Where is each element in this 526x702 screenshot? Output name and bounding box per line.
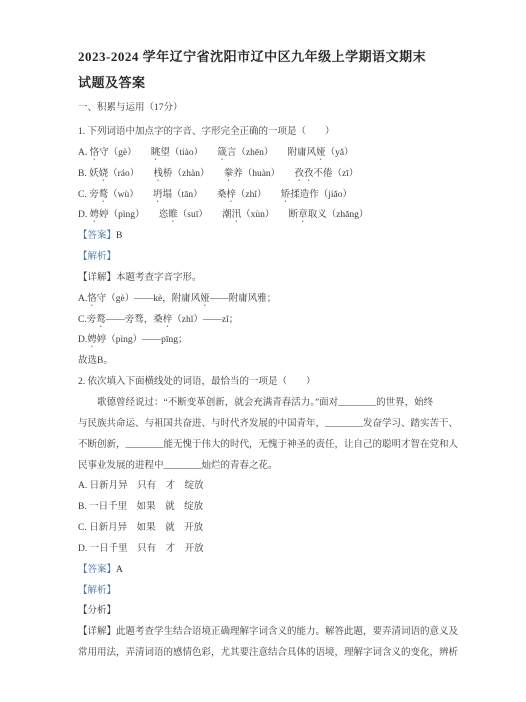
q2-passage-line-1: 歌德曾经说过：“不断变革创新，就会充满青春活力。”面对________的世界，始… — [78, 393, 452, 414]
q1-analysis-label: 【解析】 — [78, 252, 116, 262]
emphasis-dot-char: 恪 — [90, 148, 100, 158]
q2-analysis-label: 【解析】 — [78, 586, 116, 596]
emphasis-dot-char: 汛 — [232, 210, 242, 220]
q2-detail-line-1: 【详解】此题考查学生结合语境正确理解字词含义的能力。解答此题，要弄清词语的意义及 — [78, 622, 452, 643]
q1-detail-a: A.恪守（gè）——kè，附庸风娅——附庸风雅； — [78, 289, 452, 310]
q1-answer-value: B — [116, 231, 122, 241]
q1-option-d: D. 娉婷（pìng） 恣睢（suī） 潮汛（xùn） 断章取义（zhāng） — [78, 205, 452, 226]
q2-sub-label-line: 【分析】 — [78, 601, 452, 622]
emphasis-dot-char: 梓 — [163, 315, 173, 325]
emphasis-dot-char: 栈 — [154, 169, 164, 179]
emphasis-dot-char: 章 — [298, 210, 308, 220]
q2-answer-value: A — [116, 565, 123, 575]
emphasis-dot-char: 恪 — [87, 294, 97, 304]
emphasis-dot-char: 孜 — [304, 169, 314, 179]
section-heading: 一、积累与运用（17分） — [78, 100, 452, 116]
exam-document-page: 2023-2024 学年辽宁省沈阳市辽中区九年级上学期语文期末 试题及答案 一、… — [0, 0, 526, 702]
emphasis-dot-char: 矫 — [281, 190, 291, 200]
q1-detail-c: C.旁鹜——旁骛，桑梓（zhǐ）——zǐ； — [78, 310, 452, 331]
emphasis-dot-char: 娆 — [99, 169, 109, 179]
emphasis-dot-char: 坍 — [153, 190, 163, 200]
q1-detail-intro: 【详解】本题考查字音字形。 — [78, 268, 452, 289]
emphasis-dot-char: 娉 — [90, 210, 100, 220]
emphasis-dot-char: 鹜 — [99, 190, 109, 200]
document-title-line-1: 2023-2024 学年辽宁省沈阳市辽中区九年级上学期语文期末 — [78, 44, 452, 70]
q1-detail-d: D.娉婷（pìng）——pīng； — [78, 330, 452, 351]
q1-option-b: B. 妖娆（ráo） 栈桥（zhàn） 豢养（huàn） 孜孜不倦（zī） — [78, 164, 452, 185]
q1-answer-label: 【答案】 — [78, 231, 116, 241]
q2-passage-line-3: 不断创新，________能无愧于伟大的时代，无愧于神圣的责任，让自己的聪明才智… — [78, 435, 452, 456]
emphasis-dot-char: 娅 — [316, 148, 326, 158]
q1-answer-line: 【答案】B — [78, 226, 452, 247]
q1-option-c: C. 旁鹜（wù） 坍塌（tān） 桑梓（zhǐ） 矫揉造作（jiǎo） — [78, 185, 452, 206]
emphasis-dot-char: 豢 — [224, 169, 234, 179]
q2-detail-line-2: 常用用法，弄清词语的感情色彩，尤其要注意结合具体的语境，理解字词含义的变化，辨析 — [78, 643, 452, 664]
q2-answer-line: 【答案】A — [78, 560, 452, 581]
q2-option-d: D. 一日千里 只有 才 开放 — [78, 539, 452, 560]
q2-stem: 2. 依次填入下面横线处的词语，最恰当的一项是（ ） — [78, 372, 452, 393]
q1-option-a: A. 恪守（gè） 眺望（tiào） 箴言（zhēn） 附庸风娅（yǎ） — [78, 143, 452, 164]
q1-conclusion: 故选B。 — [78, 351, 452, 372]
document-title: 2023-2024 学年辽宁省沈阳市辽中区九年级上学期语文期末 试题及答案 — [78, 44, 452, 96]
emphasis-dot-char: 睢 — [168, 210, 178, 220]
emphasis-dot-char: 梓 — [226, 190, 236, 200]
emphasis-dot-char: 眺 — [151, 148, 161, 158]
document-body: 1. 下列词语中加点字的字音、字形完全正确的一项是（ ） A. 恪守（gè） 眺… — [78, 122, 452, 664]
emphasis-dot-char: 鹜 — [96, 315, 106, 325]
q2-answer-label: 【答案】 — [78, 565, 116, 575]
q1-stem: 1. 下列词语中加点字的字音、字形完全正确的一项是（ ） — [78, 122, 452, 143]
q2-passage-line-2: 与民族共命运、与祖国共奋进、与时代齐发展的中国青年，________发奋学习、踏… — [78, 414, 452, 435]
q2-passage-line-4: 民事业发展的进程中________灿烂的青春之花。 — [78, 456, 452, 477]
emphasis-dot-char: 娉 — [87, 335, 97, 345]
document-title-line-2: 试题及答案 — [78, 70, 452, 96]
q2-option-b: B. 一日千里 如果 就 绽放 — [78, 497, 452, 518]
emphasis-dot-char: 娅 — [200, 294, 210, 304]
q2-analysis-line: 【解析】 — [78, 581, 452, 602]
emphasis-dot-char: 箴 — [217, 148, 227, 158]
q2-option-a: A. 日新月异 只有 才 绽放 — [78, 476, 452, 497]
emphasis-dot-char: 孜 — [294, 169, 304, 179]
q2-option-c: C. 日新月异 如果 就 开放 — [78, 518, 452, 539]
q1-analysis-line: 【解析】 — [78, 247, 452, 268]
